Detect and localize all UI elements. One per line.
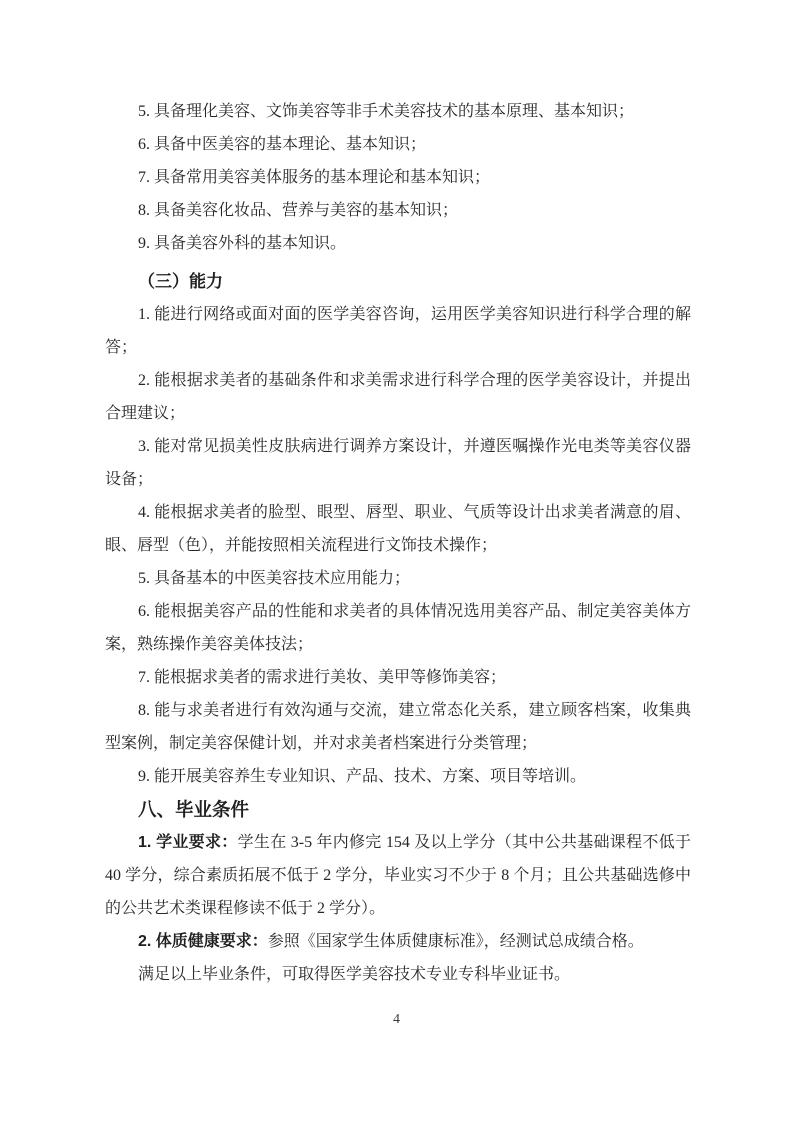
emphasis-text: 2. 体质健康要求： [138, 933, 268, 950]
text-line: 5. 具备理化美容、文饰美容等非手术美容技术的基本原理、基本知识； [105, 95, 691, 128]
document-page: 5. 具备理化美容、文饰美容等非手术美容技术的基本原理、基本知识；6. 具备中医… [0, 0, 793, 1122]
text-line: 型案例，制定美容保健计划，并对求美者档案进行分类管理； [105, 727, 691, 760]
text-line: （三）能力 [105, 265, 691, 298]
body-text: 型案例，制定美容保健计划，并对求美者档案进行分类管理； [105, 735, 537, 752]
list-item: 1. 能进行网络或面对面的医学美容咨询，运用医学美容知识进行科学合理的解答； [105, 298, 691, 364]
body-text: 1. 能进行网络或面对面的医学美容咨询，运用医学美容知识进行科学合理的解 [138, 306, 691, 323]
body-text: 参照《国家学生体质健康标准》，经测试总成绩合格。 [268, 933, 644, 950]
list-item: 7. 具备常用美容美体服务的基本理论和基本知识； [105, 161, 691, 194]
text-line: 答； [105, 331, 691, 364]
body-text: 4. 能根据求美者的脸型、眼型、唇型、职业、气质等设计出求美者满意的眉、 [138, 504, 691, 521]
body-text: 5. 具备理化美容、文饰美容等非手术美容技术的基本原理、基本知识； [138, 103, 634, 120]
text-line: 3. 能对常见损美性皮肤病进行调养方案设计，并遵医嘱操作光电类等美容仪器 [105, 430, 691, 463]
list-item: 9. 能开展美容养生专业知识、产品、技术、方案、项目等培训。 [105, 760, 691, 793]
body-text: 5. 具备基本的中医美容技术应用能力； [138, 570, 410, 587]
body-text: 9. 能开展美容养生专业知识、产品、技术、方案、项目等培训。 [138, 768, 586, 785]
body-text: 满足以上毕业条件，可取得医学美容技术专业专科毕业证书。 [138, 966, 570, 983]
text-line: 1. 学业要求：学生在 3-5 年内修完 154 及以上学分（其中公共基础课程不… [105, 826, 691, 859]
body-text: 答； [105, 339, 137, 356]
list-item: 8. 具备美容化妆品、营养与美容的基本知识； [105, 194, 691, 227]
body-text: 的公共艺术类课程修读不低于 2 学分）。 [105, 900, 385, 917]
list-item: 6. 具备中医美容的基本理论、基本知识； [105, 128, 691, 161]
list-item: 2. 能根据求美者的基础条件和求美需求进行科学合理的医学美容设计，并提出合理建议… [105, 364, 691, 430]
text-line: 6. 具备中医美容的基本理论、基本知识； [105, 128, 691, 161]
body-text: 8. 能与求美者进行有效沟通与交流，建立常态化关系，建立顾客档案，收集典 [138, 702, 691, 719]
body-text: 案，熟练操作美容美体技法； [105, 636, 313, 653]
text-line: 5. 具备基本的中医美容技术应用能力； [105, 562, 691, 595]
body-text: 7. 具备常用美容美体服务的基本理论和基本知识； [138, 169, 490, 186]
body-text: 2. 能根据求美者的基础条件和求美需求进行科学合理的医学美容设计，并提出 [138, 372, 691, 389]
text-line: 2. 体质健康要求：参照《国家学生体质健康标准》，经测试总成绩合格。 [105, 925, 691, 958]
paragraph: 1. 学业要求：学生在 3-5 年内修完 154 及以上学分（其中公共基础课程不… [105, 826, 691, 925]
text-line: 八、毕业条件 [105, 793, 691, 826]
text-line: 40 学分，综合素质拓展不低于 2 学分，毕业实习不少于 8 个月；且公共基础选… [105, 859, 691, 892]
text-line: 8. 具备美容化妆品、营养与美容的基本知识； [105, 194, 691, 227]
emphasis-text: 八、毕业条件 [138, 799, 249, 820]
emphasis-text: （三）能力 [138, 272, 223, 291]
body-text: 眼、唇型（色），并能按照相关流程进行文饰技术操作； [105, 537, 497, 554]
body-text: 学生在 3-5 年内修完 154 及以上学分（其中公共基础课程不低于 [238, 834, 691, 851]
list-item: 6. 能根据美容产品的性能和求美者的具体情况选用美容产品、制定美容美体方案，熟练… [105, 595, 691, 661]
list-item: 5. 具备基本的中医美容技术应用能力； [105, 562, 691, 595]
text-line: 1. 能进行网络或面对面的医学美容咨询，运用医学美容知识进行科学合理的解 [105, 298, 691, 331]
text-line: 合理建议； [105, 397, 691, 430]
list-item: 8. 能与求美者进行有效沟通与交流，建立常态化关系，建立顾客档案，收集典型案例，… [105, 694, 691, 760]
page-number: 4 [0, 1008, 793, 1032]
text-line: 9. 能开展美容养生专业知识、产品、技术、方案、项目等培训。 [105, 760, 691, 793]
emphasis-text: 1. 学业要求： [138, 834, 238, 851]
body-text: 3. 能对常见损美性皮肤病进行调养方案设计，并遵医嘱操作光电类等美容仪器 [138, 438, 691, 455]
body-text: 8. 具备美容化妆品、营养与美容的基本知识； [138, 202, 458, 219]
list-item: 5. 具备理化美容、文饰美容等非手术美容技术的基本原理、基本知识； [105, 95, 691, 128]
section-heading: 八、毕业条件 [105, 793, 691, 826]
text-line: 设备； [105, 463, 691, 496]
text-line: 满足以上毕业条件，可取得医学美容技术专业专科毕业证书。 [105, 958, 691, 991]
body-text: 9. 具备美容外科的基本知识。 [138, 235, 346, 252]
body-text: 6. 能根据美容产品的性能和求美者的具体情况选用美容产品、制定美容美体方 [138, 603, 691, 620]
paragraph: 满足以上毕业条件，可取得医学美容技术专业专科毕业证书。 [105, 958, 691, 991]
text-line: 7. 具备常用美容美体服务的基本理论和基本知识； [105, 161, 691, 194]
text-line: 案，熟练操作美容美体技法； [105, 628, 691, 661]
text-line: 的公共艺术类课程修读不低于 2 学分）。 [105, 892, 691, 925]
text-line: 眼、唇型（色），并能按照相关流程进行文饰技术操作； [105, 529, 691, 562]
paragraph: 2. 体质健康要求：参照《国家学生体质健康标准》，经测试总成绩合格。 [105, 925, 691, 958]
list-item: 3. 能对常见损美性皮肤病进行调养方案设计，并遵医嘱操作光电类等美容仪器设备； [105, 430, 691, 496]
list-item: 4. 能根据求美者的脸型、眼型、唇型、职业、气质等设计出求美者满意的眉、眼、唇型… [105, 496, 691, 562]
body-text: 7. 能根据求美者的需求进行美妆、美甲等修饰美容； [138, 669, 506, 686]
text-line: 6. 能根据美容产品的性能和求美者的具体情况选用美容产品、制定美容美体方 [105, 595, 691, 628]
subsection-heading: （三）能力 [105, 265, 691, 298]
body-text: 设备； [105, 471, 153, 488]
document-body: 5. 具备理化美容、文饰美容等非手术美容技术的基本原理、基本知识；6. 具备中医… [105, 95, 691, 991]
text-line: 2. 能根据求美者的基础条件和求美需求进行科学合理的医学美容设计，并提出 [105, 364, 691, 397]
text-line: 4. 能根据求美者的脸型、眼型、唇型、职业、气质等设计出求美者满意的眉、 [105, 496, 691, 529]
list-item: 7. 能根据求美者的需求进行美妆、美甲等修饰美容； [105, 661, 691, 694]
text-line: 9. 具备美容外科的基本知识。 [105, 227, 691, 260]
list-item: 9. 具备美容外科的基本知识。 [105, 227, 691, 260]
body-text: 合理建议； [105, 405, 185, 422]
text-line: 7. 能根据求美者的需求进行美妆、美甲等修饰美容； [105, 661, 691, 694]
body-text: 40 学分，综合素质拓展不低于 2 学分，毕业实习不少于 8 个月；且公共基础选… [105, 867, 691, 884]
body-text: 6. 具备中医美容的基本理论、基本知识； [138, 136, 426, 153]
text-line: 8. 能与求美者进行有效沟通与交流，建立常态化关系，建立顾客档案，收集典 [105, 694, 691, 727]
